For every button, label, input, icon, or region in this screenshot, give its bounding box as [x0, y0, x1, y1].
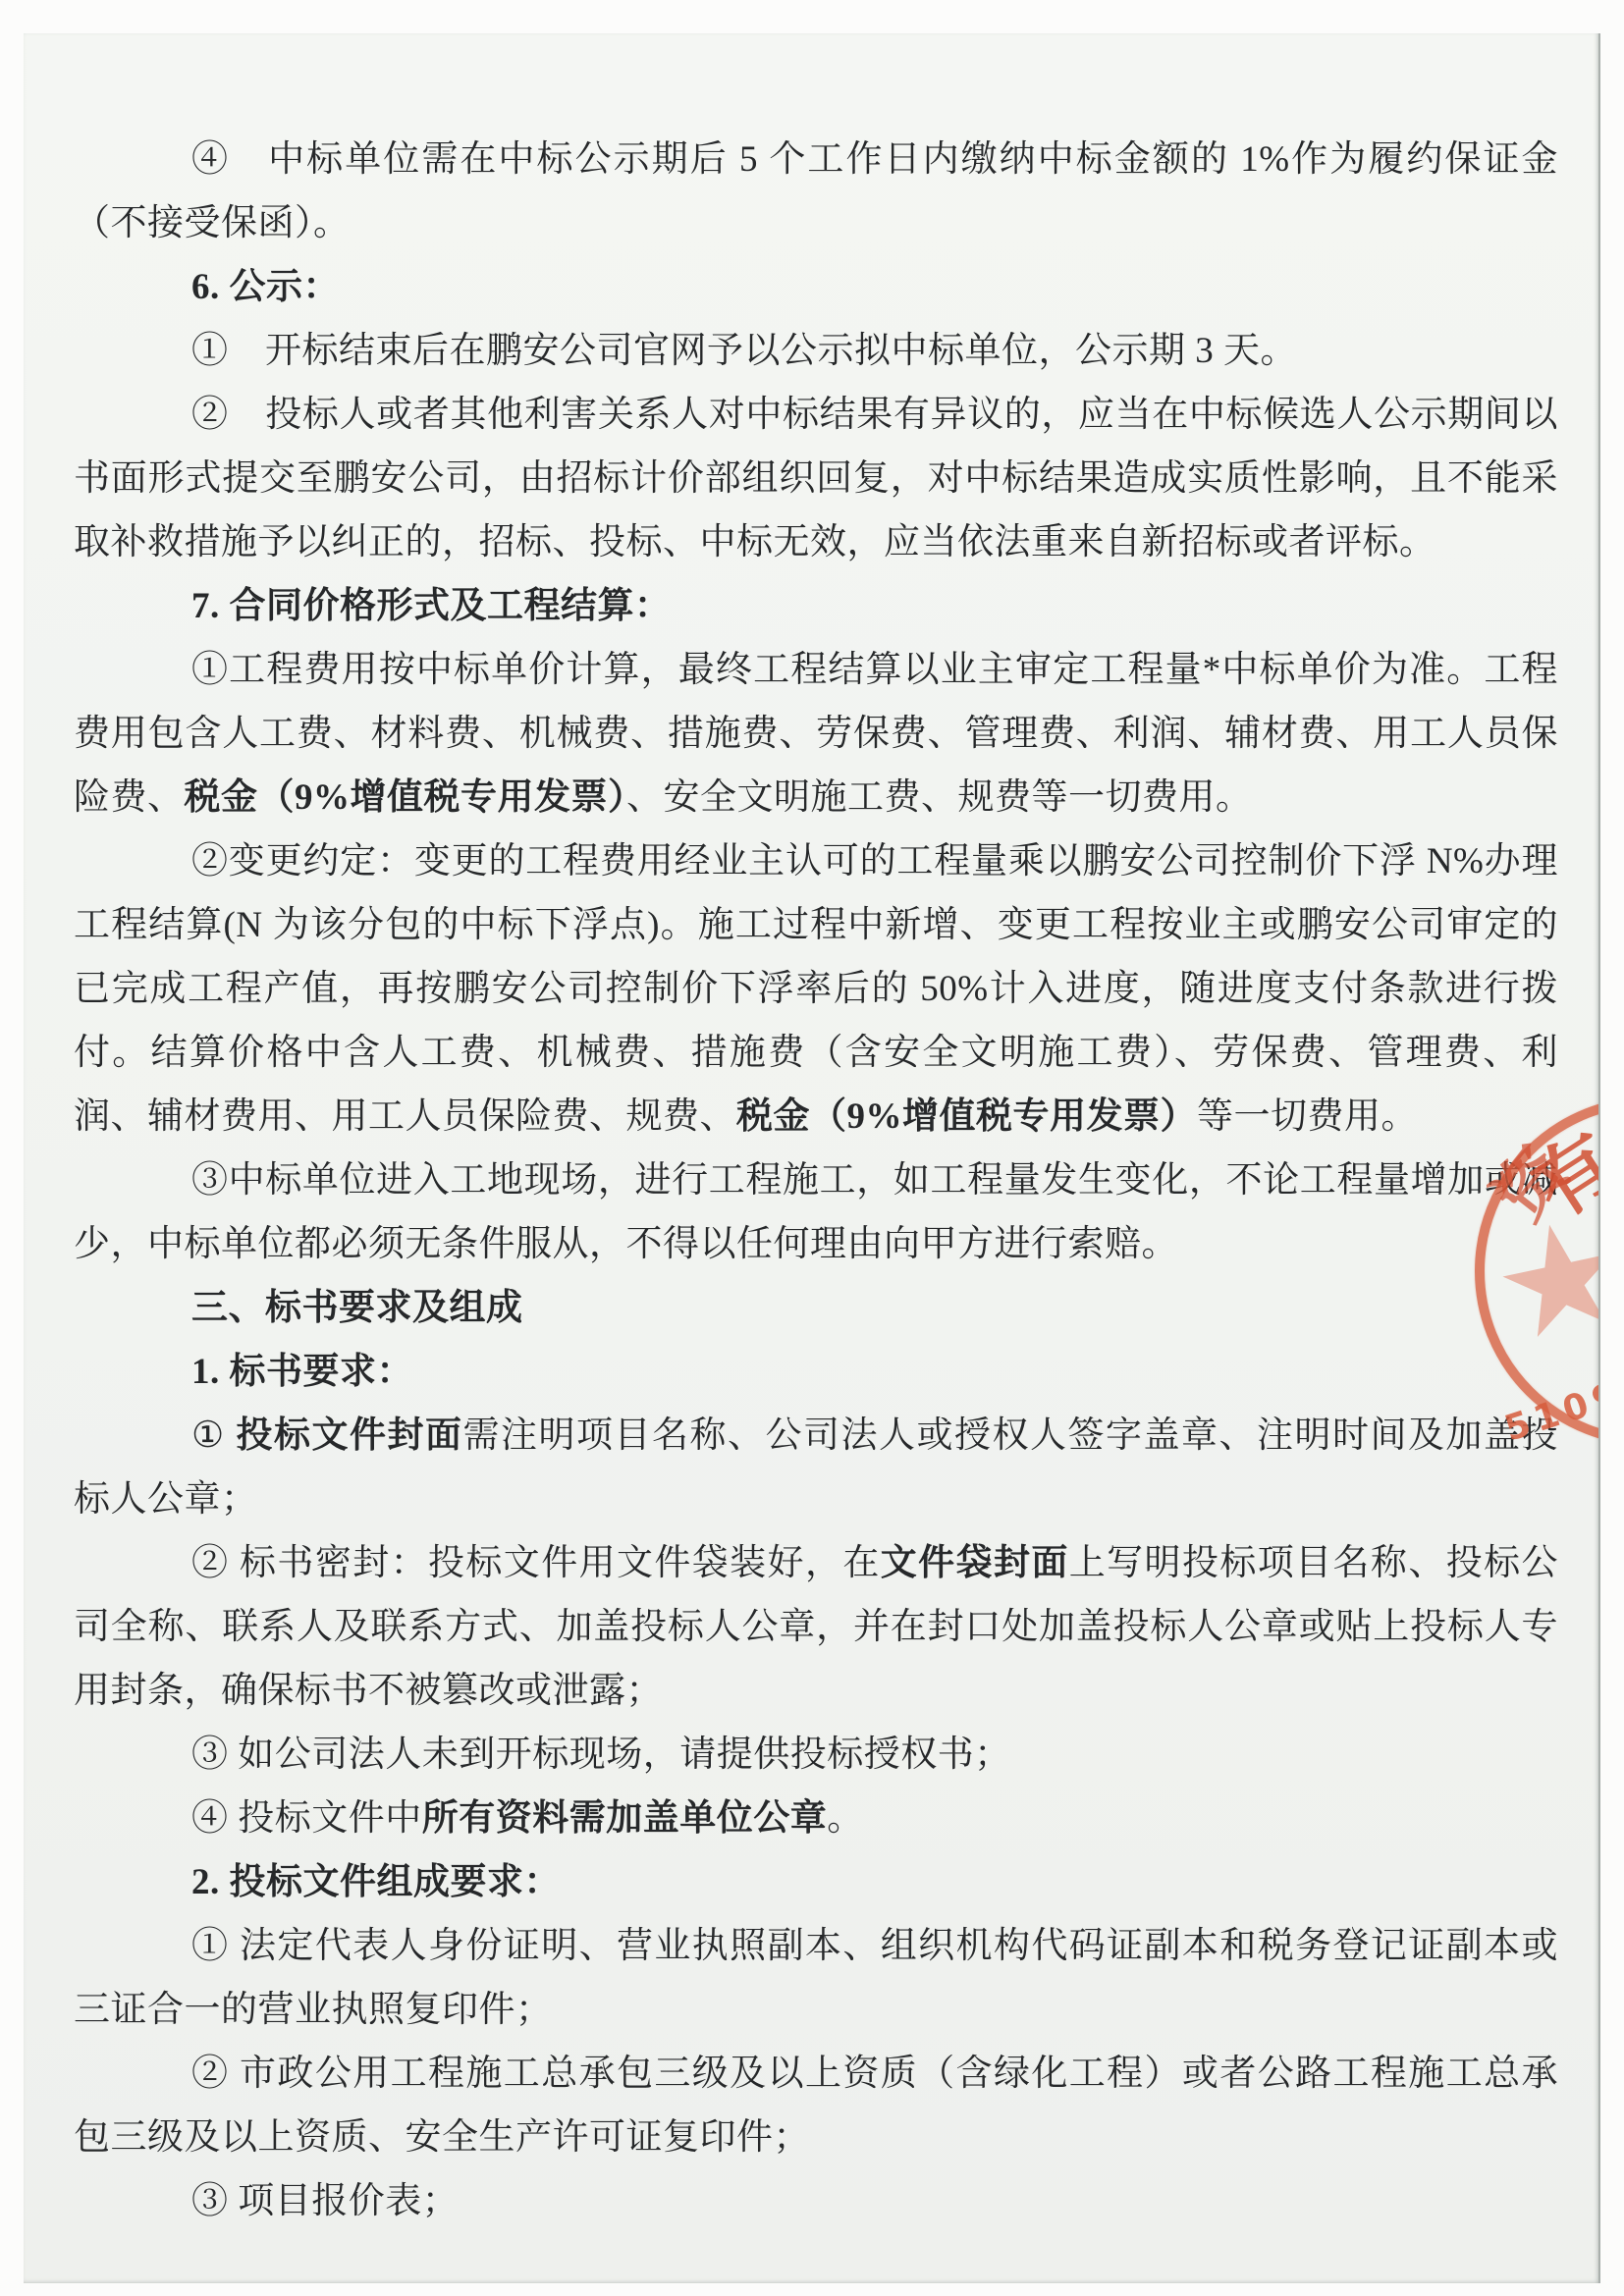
paragraph: ① 法定代表人身份证明、营业执照副本、组织机构代码证副本和税务登记证副本或三证合… [74, 1914, 1558, 2042]
document-page: ④ 中标单位需在中标公示期后 5 个工作日内缴纳中标金额的 1%作为履约保证金（… [24, 33, 1600, 2283]
text-segment: 税金（9%增值税专用发票） [736, 1096, 1197, 1137]
text-segment: ④ 中标单位需在中标公示期后 5 个工作日内缴纳中标金额的 1%作为履约保证金（… [74, 139, 1558, 243]
text-segment: ③ 项目报价表； [191, 2181, 459, 2221]
text-segment: ③中标单位进入工地现场，进行工程施工，如工程量发生变化，不论工程量增加或减少，中… [74, 1160, 1558, 1264]
text-segment: ① 法定代表人身份证明、营业执照副本、组织机构代码证副本和税务登记证副本或三证合… [74, 1926, 1558, 2030]
paragraph: ① 开标结束后在鹏安公司官网予以公示拟中标单位，公示期 3 天。 [74, 319, 1558, 383]
section-heading: 1. 标书要求： [74, 1340, 1558, 1404]
paragraph: ③中标单位进入工地现场，进行工程施工，如工程量发生变化，不论工程量增加或减少，中… [74, 1148, 1558, 1276]
paragraph: ②变更约定：变更的工程费用经业主认可的工程量乘以鹏安公司控制价下浮 N%办理工程… [74, 829, 1558, 1148]
section-heading: 7. 合同价格形式及工程结算： [74, 574, 1558, 638]
section-heading: 6. 公示： [74, 255, 1558, 319]
scanned-document: ④ 中标单位需在中标公示期后 5 个工作日内缴纳中标金额的 1%作为履约保证金（… [0, 0, 1624, 2296]
paragraph: ③ 如公司法人未到开标现场，请提供投标授权书； [74, 1723, 1558, 1787]
section-heading: 2. 投标文件组成要求： [74, 1850, 1558, 1914]
text-segment: 文件袋封面 [881, 1543, 1069, 1583]
text-segment: 、安全文明施工费、规费等一切费用。 [626, 777, 1253, 818]
text-segment: ②变更约定：变更的工程费用经业主认可的工程量乘以鹏安公司控制价下浮 N%办理工程… [74, 841, 1558, 1137]
text-segment: 等一切费用。 [1197, 1096, 1418, 1137]
text-segment: 税金（9%增值税专用发票） [185, 777, 627, 818]
document-body: ④ 中标单位需在中标公示期后 5 个工作日内缴纳中标金额的 1%作为履约保证金（… [74, 128, 1558, 2233]
text-segment: 三、标书要求及组成 [191, 1288, 523, 1328]
text-segment: 6. 公示： [191, 267, 340, 307]
text-segment: 所有资料需加盖单位公章 [422, 1798, 828, 1839]
section-heading: 三、标书要求及组成 [74, 1276, 1558, 1340]
text-segment: 1. 标书要求： [191, 1352, 413, 1392]
text-segment: ③ 如公司法人未到开标现场，请提供投标授权书； [191, 1735, 1011, 1775]
paragraph: ①工程费用按中标单价计算，最终工程结算以业主审定工程量*中标单价为准。工程费用包… [74, 638, 1558, 829]
text-segment: ② 投标人或者其他利害关系人对中标结果有异议的，应当在中标候选人公示期间以书面形… [74, 395, 1558, 562]
paragraph: ④ 中标单位需在中标公示期后 5 个工作日内缴纳中标金额的 1%作为履约保证金（… [74, 128, 1558, 255]
paragraph: ③ 项目报价表； [74, 2169, 1558, 2233]
text-segment: ① 开标结束后在鹏安公司官网予以公示拟中标单位，公示期 3 天。 [191, 331, 1297, 371]
text-segment: ① [191, 1415, 236, 1456]
paragraph: ② 标书密封：投标文件用文件袋装好，在文件袋封面上写明投标项目名称、投标公司全称… [74, 1531, 1558, 1723]
paragraph: ① 投标文件封面需注明项目名称、公司法人或授权人签字盖章、注明时间及加盖投标人公… [74, 1404, 1558, 1531]
text-segment: 2. 投标文件组成要求： [191, 1862, 561, 1902]
paragraph: ④ 投标文件中所有资料需加盖单位公章。 [74, 1787, 1558, 1850]
paragraph: ② 市政公用工程施工总承包三级及以上资质（含绿化工程）或者公路工程施工总承包三级… [74, 2042, 1558, 2169]
text-segment: ② 市政公用工程施工总承包三级及以上资质（含绿化工程）或者公路工程施工总承包三级… [74, 2054, 1558, 2158]
paragraph: ② 投标人或者其他利害关系人对中标结果有异议的，应当在中标候选人公示期间以书面形… [74, 383, 1558, 574]
text-segment: 。 [827, 1798, 864, 1839]
text-segment: 7. 合同价格形式及工程结算： [191, 586, 672, 626]
text-segment: ② 标书密封：投标文件用文件袋装好，在 [191, 1543, 881, 1583]
text-segment: ④ 投标文件中 [191, 1798, 422, 1839]
text-segment: 投标文件封面 [236, 1415, 462, 1456]
